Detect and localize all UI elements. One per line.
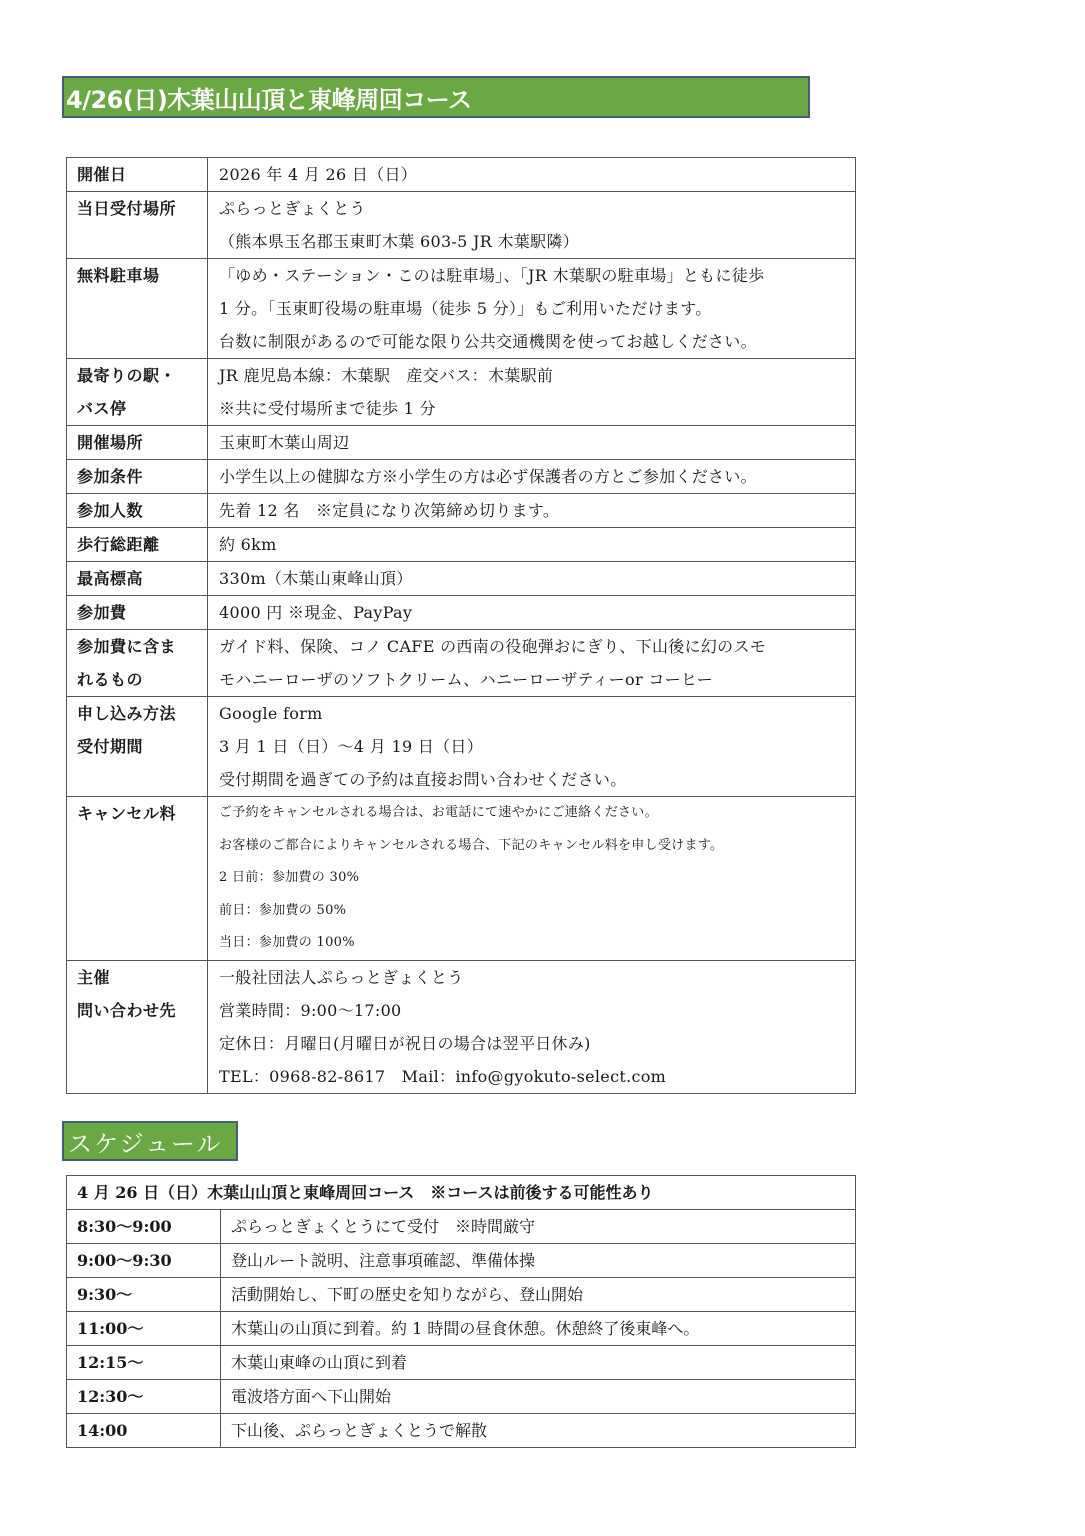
info-value-line: 前日：参加費の 50% <box>219 895 855 928</box>
info-row: 無料駐車場「ゆめ・ステーション・このは駐車場」、「JR 木葉駅の駐車場」ともに徒… <box>67 259 856 359</box>
info-row: 最寄りの駅・バス停JR 鹿児島本線：木葉駅 産交バス：木葉駅前※共に受付場所まで… <box>67 359 856 426</box>
info-label-line: 参加人数 <box>77 494 207 527</box>
info-label-line: 参加費 <box>77 596 207 629</box>
schedule-row: 9:00～9:30登山ルート説明、注意事項確認、準備体操 <box>67 1244 856 1278</box>
info-value: 4000 円 ※現金、PayPay <box>208 596 856 630</box>
info-row: 最高標高330m（木葉山東峰山頂） <box>67 562 856 596</box>
info-value-line: 小学生以上の健脚な方※小学生の方は必ず保護者の方とご参加ください。 <box>219 460 855 493</box>
info-label: 参加人数 <box>67 494 208 528</box>
info-row: 開催場所玉東町木葉山周辺 <box>67 426 856 460</box>
info-label-line: 申し込み方法 <box>77 697 207 730</box>
schedule-header: 4 月 26 日（日）木葉山山頂と東峰周回コース ※コースは前後する可能性あり <box>67 1176 856 1210</box>
schedule-row: 12:30～電波塔方面へ下山開始 <box>67 1380 856 1414</box>
info-row: 開催日2026 年 4 月 26 日（日） <box>67 158 856 192</box>
info-label-line: 最高標高 <box>77 562 207 595</box>
info-value-line: ※共に受付場所まで徒歩 1 分 <box>219 392 855 425</box>
info-label-line: 問い合わせ先 <box>77 994 207 1027</box>
info-value: 玉東町木葉山周辺 <box>208 426 856 460</box>
schedule-description: 電波塔方面へ下山開始 <box>221 1380 856 1414</box>
info-value: Google form3 月 1 日（日）～4 月 19 日（日）受付期間を過ぎ… <box>208 697 856 797</box>
info-row: キャンセル料ご予約をキャンセルされる場合は、お電話にて速やかにご連絡ください。お… <box>67 797 856 961</box>
info-value-line: お客様のご都合によりキャンセルされる場合、下記のキャンセル料を申し受けます。 <box>219 830 855 863</box>
info-label: 開催日 <box>67 158 208 192</box>
info-value: ぷらっとぎょくとう（熊本県玉名郡玉東町木葉 603-5 JR 木葉駅隣） <box>208 192 856 259</box>
info-row: 主催問い合わせ先一般社団法人ぷらっとぎょくとう営業時間：9:00～17:00定休… <box>67 960 856 1093</box>
schedule-description: 登山ルート説明、注意事項確認、準備体操 <box>221 1244 856 1278</box>
schedule-time: 14:00 <box>67 1414 221 1448</box>
info-value-line: 330m（木葉山東峰山頂） <box>219 562 855 595</box>
schedule-heading: スケジュール <box>68 1124 223 1159</box>
info-row: 歩行総距離約 6km <box>67 528 856 562</box>
info-value-line: 4000 円 ※現金、PayPay <box>219 596 855 629</box>
info-label-line: 開催場所 <box>77 426 207 459</box>
schedule-time: 9:30～ <box>67 1278 221 1312</box>
info-value: 先着 12 名 ※定員になり次第締め切ります。 <box>208 494 856 528</box>
schedule-description: 下山後、ぷらっとぎょくとうで解散 <box>221 1414 856 1448</box>
info-label: 申し込み方法受付期間 <box>67 697 208 797</box>
info-label: 開催場所 <box>67 426 208 460</box>
info-row: 参加費に含まれるものガイド料、保険、コノ CAFE の西南の役砲弾おにぎり、下山… <box>67 630 856 697</box>
info-value: 330m（木葉山東峰山頂） <box>208 562 856 596</box>
info-value-line: TEL：0968-82-8617 Mail：info@gyokuto-selec… <box>219 1060 855 1093</box>
schedule-row: 11:00～木葉山の山頂に到着。約 1 時間の昼食休憩。休憩終了後東峰へ。 <box>67 1312 856 1346</box>
info-value-line: 「ゆめ・ステーション・このは駐車場」、「JR 木葉駅の駐車場」ともに徒歩 <box>219 259 855 292</box>
info-label-line: 受付期間 <box>77 730 207 763</box>
info-value: 一般社団法人ぷらっとぎょくとう営業時間：9:00～17:00定休日：月曜日(月曜… <box>208 960 856 1093</box>
info-value-line: モハニーローザのソフトクリーム、ハニーローザティーor コーヒー <box>219 663 855 696</box>
schedule-banner: スケジュール <box>62 1121 238 1161</box>
schedule-table: 4 月 26 日（日）木葉山山頂と東峰周回コース ※コースは前後する可能性あり … <box>66 1175 856 1448</box>
info-value-line: 先着 12 名 ※定員になり次第締め切ります。 <box>219 494 855 527</box>
info-value-line: 玉東町木葉山周辺 <box>219 426 855 459</box>
info-value: ガイド料、保険、コノ CAFE の西南の役砲弾おにぎり、下山後に幻のスモモハニー… <box>208 630 856 697</box>
info-value-line: 当日：参加費の 100% <box>219 927 855 960</box>
info-value-line: ご予約をキャンセルされる場合は、お電話にて速やかにご連絡ください。 <box>219 797 855 830</box>
info-value-line: 3 月 1 日（日）～4 月 19 日（日） <box>219 730 855 763</box>
schedule-time: 9:00～9:30 <box>67 1244 221 1278</box>
info-label-line: 最寄りの駅・ <box>77 359 207 392</box>
info-value-line: 約 6km <box>219 528 855 561</box>
schedule-time: 12:15～ <box>67 1346 221 1380</box>
info-value-line: 2026 年 4 月 26 日（日） <box>219 158 855 191</box>
info-value-line: Google form <box>219 697 855 730</box>
info-value-line: 1 分。「玉東町役場の駐車場（徒歩 5 分）」もご利用いただけます。 <box>219 292 855 325</box>
event-info-table: 開催日2026 年 4 月 26 日（日）当日受付場所ぷらっとぎょくとう（熊本県… <box>66 157 856 1094</box>
event-title: 4/26(日)木葉山山頂と東峰周回コース <box>66 80 472 115</box>
info-value-line: ガイド料、保険、コノ CAFE の西南の役砲弾おにぎり、下山後に幻のスモ <box>219 630 855 663</box>
schedule-description: 活動開始し、下町の歴史を知りながら、登山開始 <box>221 1278 856 1312</box>
info-value: 2026 年 4 月 26 日（日） <box>208 158 856 192</box>
info-label: 参加費 <box>67 596 208 630</box>
schedule-row: 12:15～木葉山東峰の山頂に到着 <box>67 1346 856 1380</box>
info-row: 当日受付場所ぷらっとぎょくとう（熊本県玉名郡玉東町木葉 603-5 JR 木葉駅… <box>67 192 856 259</box>
info-value-line: JR 鹿児島本線：木葉駅 産交バス：木葉駅前 <box>219 359 855 392</box>
info-row: 参加人数先着 12 名 ※定員になり次第締め切ります。 <box>67 494 856 528</box>
info-value: JR 鹿児島本線：木葉駅 産交バス：木葉駅前※共に受付場所まで徒歩 1 分 <box>208 359 856 426</box>
info-label: 参加条件 <box>67 460 208 494</box>
info-label-line: れるもの <box>77 663 207 696</box>
info-label: 最高標高 <box>67 562 208 596</box>
info-value-line: 2 日前：参加費の 30% <box>219 862 855 895</box>
schedule-time: 11:00～ <box>67 1312 221 1346</box>
info-label-line: 参加条件 <box>77 460 207 493</box>
info-row: 申し込み方法受付期間Google form3 月 1 日（日）～4 月 19 日… <box>67 697 856 797</box>
schedule-time: 12:30～ <box>67 1380 221 1414</box>
schedule-time: 8:30～9:00 <box>67 1210 221 1244</box>
info-label: キャンセル料 <box>67 797 208 961</box>
info-value: ご予約をキャンセルされる場合は、お電話にて速やかにご連絡ください。お客様のご都合… <box>208 797 856 961</box>
schedule-row: 8:30～9:00ぷらっとぎょくとうにて受付 ※時間厳守 <box>67 1210 856 1244</box>
schedule-description: 木葉山の山頂に到着。約 1 時間の昼食休憩。休憩終了後東峰へ。 <box>221 1312 856 1346</box>
info-value-line: 一般社団法人ぷらっとぎょくとう <box>219 961 855 994</box>
info-value: 約 6km <box>208 528 856 562</box>
info-value-line: 台数に制限があるので可能な限り公共交通機関を使ってお越しください。 <box>219 325 855 358</box>
info-label-line: 参加費に含ま <box>77 630 207 663</box>
info-row: 参加費4000 円 ※現金、PayPay <box>67 596 856 630</box>
event-title-banner: 4/26(日)木葉山山頂と東峰周回コース <box>62 76 810 118</box>
info-label-line: 当日受付場所 <box>77 192 207 225</box>
info-label-line: 開催日 <box>77 158 207 191</box>
info-label: 参加費に含まれるもの <box>67 630 208 697</box>
info-label-line: キャンセル料 <box>77 797 207 830</box>
schedule-description: ぷらっとぎょくとうにて受付 ※時間厳守 <box>221 1210 856 1244</box>
info-label: 主催問い合わせ先 <box>67 960 208 1093</box>
info-label-line: 歩行総距離 <box>77 528 207 561</box>
info-label: 無料駐車場 <box>67 259 208 359</box>
info-value-line: ぷらっとぎょくとう <box>219 192 855 225</box>
info-value: 小学生以上の健脚な方※小学生の方は必ず保護者の方とご参加ください。 <box>208 460 856 494</box>
info-value-line: 受付期間を過ぎての予約は直接お問い合わせください。 <box>219 763 855 796</box>
info-label-line: 主催 <box>77 961 207 994</box>
info-label: 当日受付場所 <box>67 192 208 259</box>
schedule-row: 9:30～活動開始し、下町の歴史を知りながら、登山開始 <box>67 1278 856 1312</box>
schedule-description: 木葉山東峰の山頂に到着 <box>221 1346 856 1380</box>
info-row: 参加条件小学生以上の健脚な方※小学生の方は必ず保護者の方とご参加ください。 <box>67 460 856 494</box>
info-value-line: 営業時間：9:00～17:00 <box>219 994 855 1027</box>
schedule-row: 14:00下山後、ぷらっとぎょくとうで解散 <box>67 1414 856 1448</box>
info-label: 最寄りの駅・バス停 <box>67 359 208 426</box>
info-value-line: 定休日：月曜日(月曜日が祝日の場合は翌平日休み) <box>219 1027 855 1060</box>
info-label-line: バス停 <box>77 392 207 425</box>
info-value: 「ゆめ・ステーション・このは駐車場」、「JR 木葉駅の駐車場」ともに徒歩1 分。… <box>208 259 856 359</box>
schedule-header-row: 4 月 26 日（日）木葉山山頂と東峰周回コース ※コースは前後する可能性あり <box>67 1176 856 1210</box>
info-label: 歩行総距離 <box>67 528 208 562</box>
info-label-line: 無料駐車場 <box>77 259 207 292</box>
info-value-line: （熊本県玉名郡玉東町木葉 603-5 JR 木葉駅隣） <box>219 225 855 258</box>
